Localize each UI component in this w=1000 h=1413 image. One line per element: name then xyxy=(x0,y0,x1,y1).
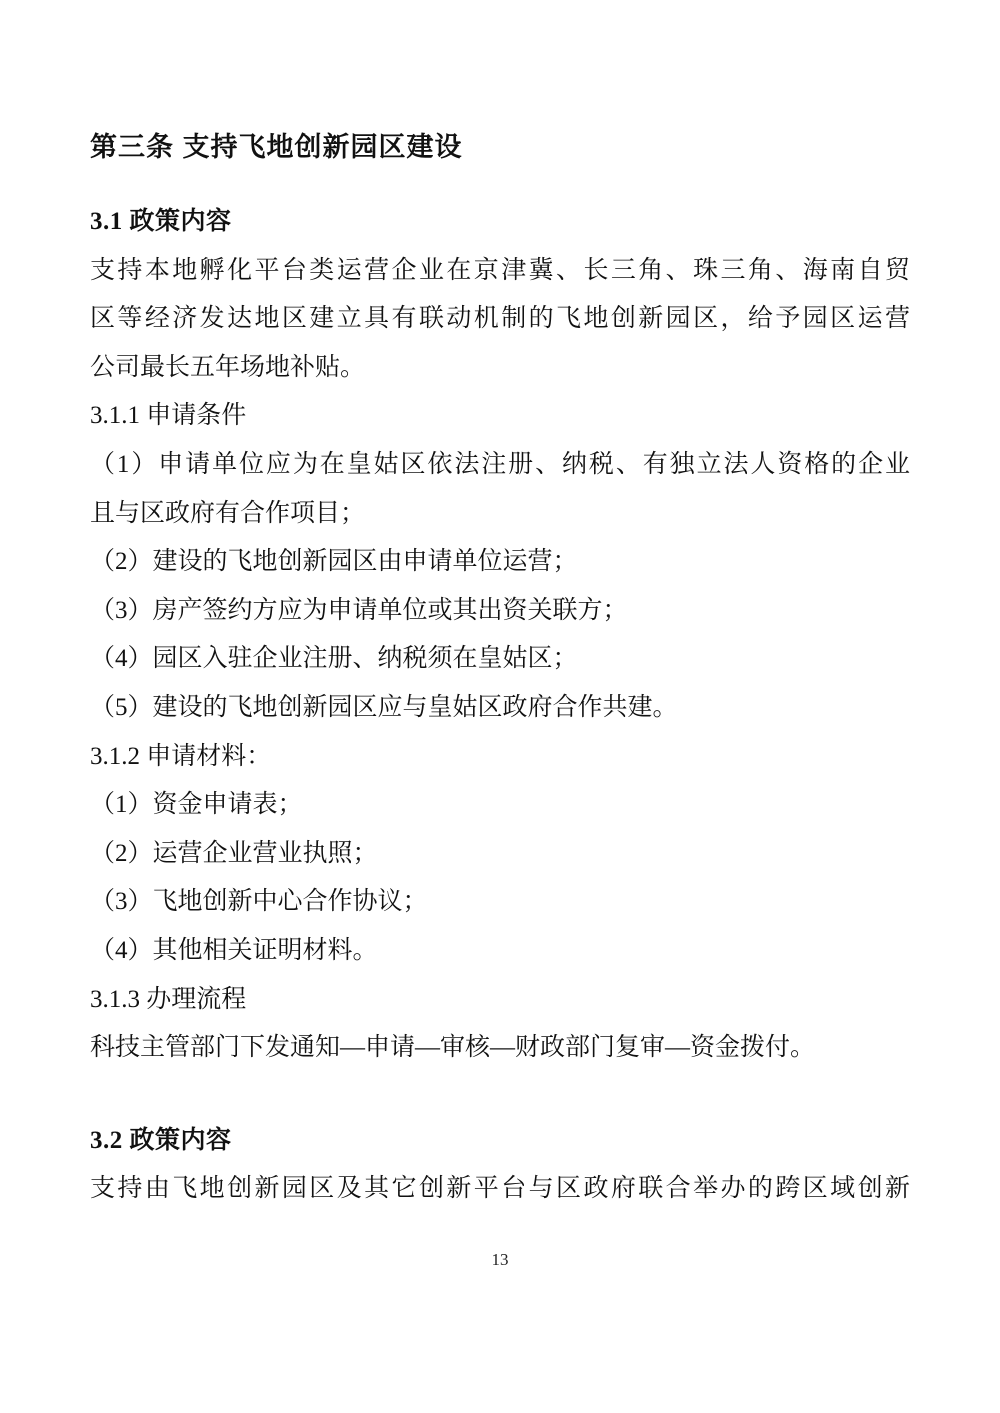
sub-3-1-1-heading: 3.1.1 申请条件 xyxy=(90,392,910,441)
section-3-1-paragraph-line: 公司最长五年场地补贴。 xyxy=(90,344,910,393)
section-3-2-heading: 3.2 政策内容 xyxy=(90,1117,910,1166)
document-page: 第三条 支持飞地创新园区建设 3.1 政策内容 支持本地孵化平台类运营企业在京津… xyxy=(0,0,1000,1413)
sub-3-1-3-heading: 3.1.3 办理流程 xyxy=(90,976,910,1025)
process-flow-line: 科技主管部门下发通知—申请—审核—财政部门复审—资金拨付。 xyxy=(90,1024,910,1073)
condition-item-line: （4）园区入驻企业注册、纳税须在皇姑区； xyxy=(90,635,910,684)
material-item-line: （3）飞地创新中心合作协议； xyxy=(90,878,910,927)
condition-item-line: （5）建设的飞地创新园区应与皇姑区政府合作共建。 xyxy=(90,684,910,733)
condition-item-line: （3）房产签约方应为申请单位或其出资关联方； xyxy=(90,587,910,636)
material-item-line: （4）其他相关证明材料。 xyxy=(90,927,910,976)
section-3-1-paragraph-line: 支持本地孵化平台类运营企业在京津冀、长三角、珠三角、海南自贸 xyxy=(90,247,910,296)
condition-item-line: （2）建设的飞地创新园区由申请单位运营； xyxy=(90,538,910,587)
section-3-1-paragraph-line: 区等经济发达地区建立具有联动机制的飞地创新园区，给予园区运营 xyxy=(90,295,910,344)
material-item-line: （2）运营企业营业执照； xyxy=(90,830,910,879)
section-3-1-heading: 3.1 政策内容 xyxy=(90,198,910,247)
article-title: 第三条 支持飞地创新园区建设 xyxy=(90,131,910,163)
condition-item-line: （1）申请单位应为在皇姑区依法注册、纳税、有独立法人资格的企业 xyxy=(90,441,910,490)
material-item-line: （1）资金申请表； xyxy=(90,781,910,830)
condition-item-line: 且与区政府有合作项目； xyxy=(90,490,910,539)
section-3-2-paragraph-line: 支持由飞地创新园区及其它创新平台与区政府联合举办的跨区域创新 xyxy=(90,1165,910,1214)
document-body: 第三条 支持飞地创新园区建设 3.1 政策内容 支持本地孵化平台类运营企业在京津… xyxy=(90,0,910,1214)
sub-3-1-2-heading: 3.1.2 申请材料： xyxy=(90,733,910,782)
page-number: 13 xyxy=(0,1248,1000,1272)
